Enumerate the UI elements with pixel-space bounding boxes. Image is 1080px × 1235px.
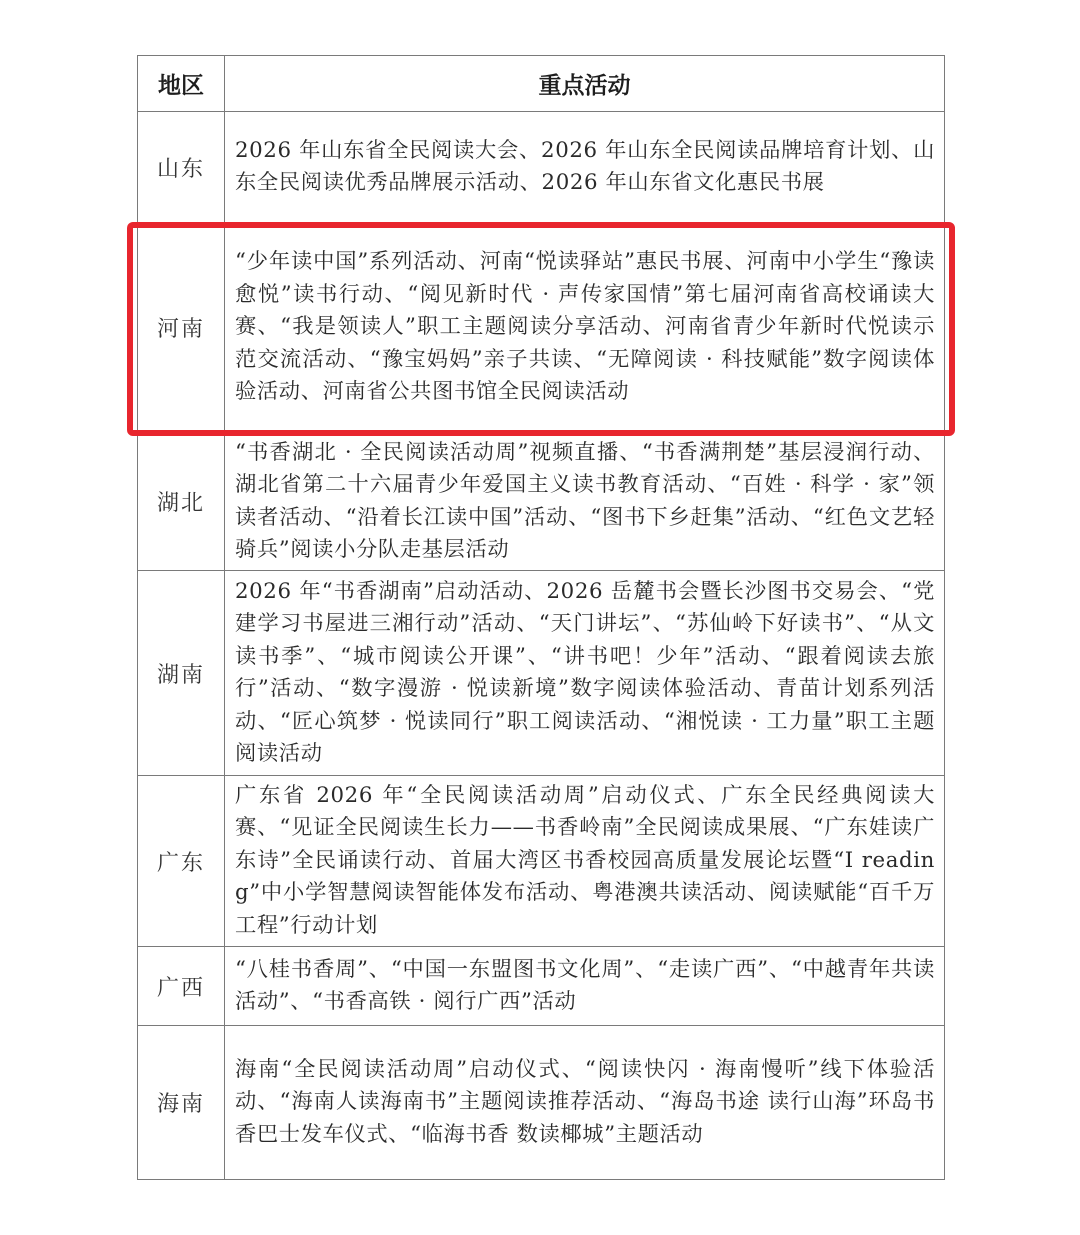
table-row: 河南 “少年读中国”系列活动、河南“悦读驿站”惠民书展、河南中小学生“豫读愈悦”…	[138, 223, 945, 433]
activities-cell: “书香湖北 · 全民阅读活动周”视频直播、“书香满荆楚”基层浸润行动、湖北省第二…	[225, 433, 945, 571]
table-row: 广西 “八桂书香周”、“中国一东盟图书文化周”、“走读广西”、“中越青年共读活动…	[138, 947, 945, 1026]
header-region: 地区	[138, 56, 225, 112]
table-row: 广东 广东省 2026 年“全民阅读活动周”启动仪式、广东全民经典阅读大赛、“见…	[138, 776, 945, 947]
table-row: 山东 2026 年山东省全民阅读大会、2026 年山东全民阅读品牌培育计划、山东…	[138, 112, 945, 223]
regional-activities-table: 地区 重点活动 山东 2026 年山东省全民阅读大会、2026 年山东全民阅读品…	[137, 55, 945, 1180]
activities-cell: 2026 年山东省全民阅读大会、2026 年山东全民阅读品牌培育计划、山东全民阅…	[225, 112, 945, 223]
region-cell: 海南	[138, 1026, 225, 1180]
table-row: 湖北 “书香湖北 · 全民阅读活动周”视频直播、“书香满荆楚”基层浸润行动、湖北…	[138, 433, 945, 571]
activities-cell: 海南“全民阅读活动周”启动仪式、“阅读快闪 · 海南慢听”线下体验活动、“海南人…	[225, 1026, 945, 1180]
region-cell: 河南	[138, 223, 225, 433]
region-cell: 湖南	[138, 571, 225, 776]
region-cell: 山东	[138, 112, 225, 223]
activities-cell: 广东省 2026 年“全民阅读活动周”启动仪式、广东全民经典阅读大赛、“见证全民…	[225, 776, 945, 947]
region-cell: 广东	[138, 776, 225, 947]
activities-cell: “少年读中国”系列活动、河南“悦读驿站”惠民书展、河南中小学生“豫读愈悦”读书行…	[225, 223, 945, 433]
region-cell: 广西	[138, 947, 225, 1026]
table-row: 湖南 2026 年“书香湖南”启动活动、2026 岳麓书会暨长沙图书交易会、“党…	[138, 571, 945, 776]
table-header-row: 地区 重点活动	[138, 56, 945, 112]
activities-cell: “八桂书香周”、“中国一东盟图书文化周”、“走读广西”、“中越青年共读活动”、“…	[225, 947, 945, 1026]
table-row: 海南 海南“全民阅读活动周”启动仪式、“阅读快闪 · 海南慢听”线下体验活动、“…	[138, 1026, 945, 1180]
activities-cell: 2026 年“书香湖南”启动活动、2026 岳麓书会暨长沙图书交易会、“党建学习…	[225, 571, 945, 776]
region-cell: 湖北	[138, 433, 225, 571]
header-activities: 重点活动	[225, 56, 945, 112]
